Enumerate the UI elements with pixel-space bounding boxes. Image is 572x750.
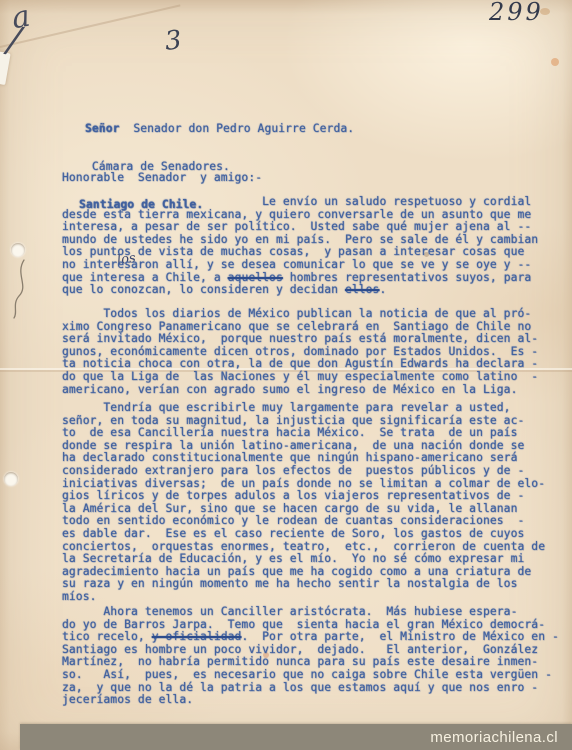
recipient-name: Senador don Pedro Aguirre Cerda. <box>120 122 355 135</box>
scanned-letter-page: a / 3 299 los Señor Senador don Pedro Ag… <box>0 0 572 750</box>
salutation: Honorable Senador y amigo:- <box>62 172 262 185</box>
watermark-bar: memoriachilena.cl <box>20 724 572 750</box>
watermark-text: memoriachilena.cl <box>430 729 572 746</box>
letter-paragraph-3: Tendría que escribirle muy largamente pa… <box>62 402 545 604</box>
handwritten-page-number-large: 299 <box>489 0 544 26</box>
handwritten-page-number-small: 3 <box>163 25 183 57</box>
letter-paragraph-1: Le envío un saludo respetuoso y cordial … <box>62 196 538 297</box>
recipient-honorific: Señor <box>85 122 120 135</box>
letter-paragraph-2: Todos los diarios de México publican la … <box>62 308 538 396</box>
letter-paragraph-4: Ahora tenemos un Canciller aristócrata. … <box>62 606 559 707</box>
hole-punch-top <box>11 243 25 257</box>
stain <box>551 58 559 66</box>
recipient-line: Señor Senador don Pedro Aguirre Cerda. <box>85 123 354 136</box>
hole-punch-bottom <box>4 472 18 486</box>
pencil-squiggle <box>8 258 38 320</box>
